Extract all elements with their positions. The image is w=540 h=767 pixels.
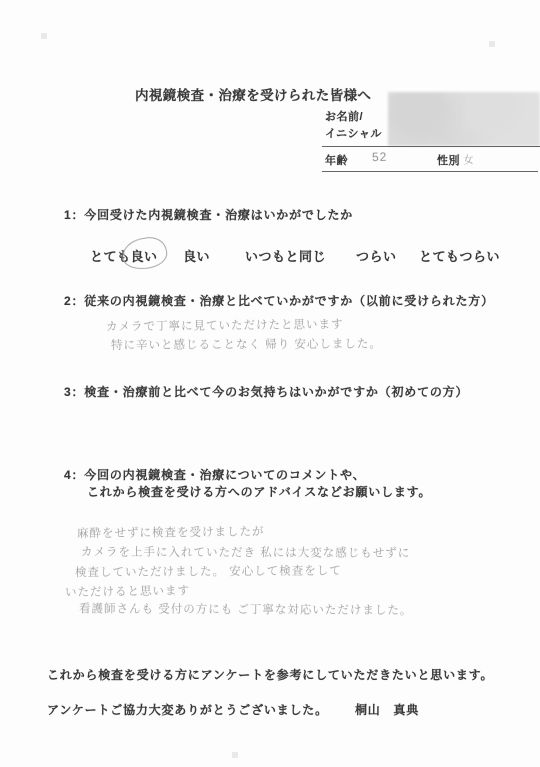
- footer-signature: 桐山 真典: [355, 701, 419, 718]
- q1-option-yoi: 良い: [183, 246, 210, 265]
- age-field-label: 年齢: [325, 152, 348, 168]
- question-2-label: 2：従来の内視鏡検査・治療と比べていかがですか（以前に受けられた方）: [64, 292, 494, 309]
- footer-thanks: アンケートご協力大変ありがとうございました。: [47, 701, 328, 718]
- age-field-value: 52: [372, 150, 388, 165]
- name-field-label-line1: お名前/: [325, 108, 363, 124]
- q4-handwritten-answer-line5: 看護師さんも 受付の方にも ご丁寧な対応いただけました。: [79, 600, 412, 618]
- age-field-underline: [322, 171, 538, 172]
- q2-handwritten-answer-line1: カメラで丁寧に見ていただけたと思います: [106, 316, 344, 334]
- scan-speck: [489, 41, 495, 47]
- page-title: 内視鏡検査・治療を受けられた皆様へ: [135, 84, 371, 104]
- q1-option-totemo-tsurai: とてもつらい: [419, 246, 500, 265]
- q4-handwritten-answer-line3: 検査していただけました。 安心して検査をして: [75, 562, 342, 580]
- scan-speck: [41, 33, 47, 39]
- q2-handwritten-answer-line2: 特に辛いと感じることなく 帰り 安心しました。: [111, 335, 382, 352]
- scan-speck: [232, 752, 238, 758]
- name-field-label-line2: イニシャル: [325, 125, 382, 141]
- gender-field-label: 性別: [437, 152, 460, 168]
- footer-note: これから検査を受ける方にアンケートを参考にしていただきたいと思います。: [47, 666, 493, 683]
- question-1-label: 1：今回受けた内視鏡検査・治療はいかがでしたか: [64, 206, 353, 223]
- redacted-name-smudge: [388, 92, 540, 146]
- q4-handwritten-answer-line2: カメラを上手に入れていただき 私には大変な感じもせずに: [81, 543, 410, 560]
- question-4-label-line1: 4：今回の内視鏡検査・治療についてのコメントや、: [64, 466, 365, 483]
- q4-handwritten-answer-line4: いただけると思います: [65, 582, 190, 600]
- gender-field-value: 女: [462, 152, 475, 168]
- name-field-underline: [322, 146, 540, 147]
- q1-option-tsurai: つらい: [356, 246, 397, 265]
- selected-option-circle-mark: [120, 234, 170, 272]
- scanned-questionnaire-page: 内視鏡検査・治療を受けられた皆様へ お名前/ イニシャル 年齢 52 性別 女 …: [0, 0, 540, 767]
- question-3-label: 3：検査・治療前と比べて今のお気持ちはいかがですか（初めての方）: [64, 383, 468, 400]
- q1-option-itsumo-to-onaji: いつもと同じ: [245, 246, 326, 265]
- q4-handwritten-answer-line1: 麻酔をせずに検査を受けましたが: [77, 523, 265, 541]
- question-4-label-line2: これから検査を受ける方へのアドバイスなどお願いします。: [87, 483, 431, 500]
